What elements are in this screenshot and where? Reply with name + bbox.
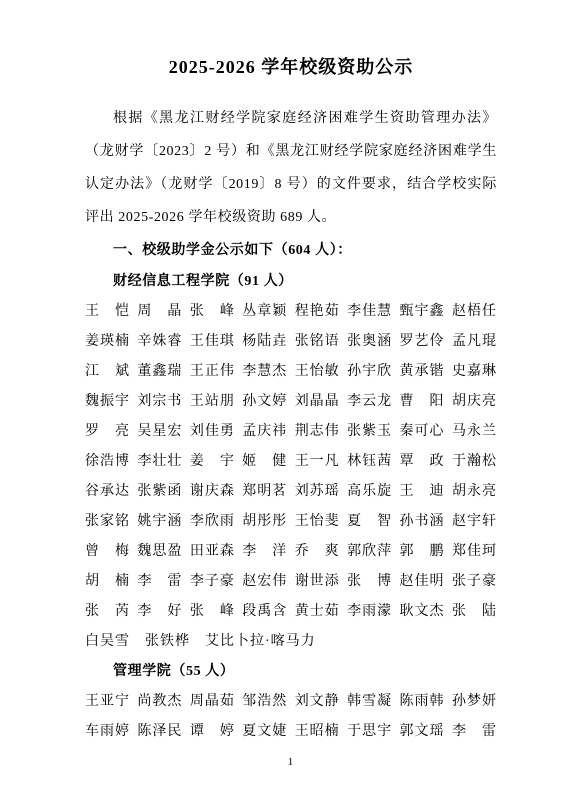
student-name: 王亚宁 [85, 687, 130, 717]
student-name: 谭 婷 [190, 717, 235, 747]
student-name: 魏思盈 [137, 537, 182, 567]
student-name: 吴星宏 [137, 417, 182, 447]
student-name: 林钰茜 [347, 447, 392, 477]
name-row: 徐浩博李壮壮姜 宇姬 健王一凡林钰茜覃 政于瀚松 [85, 447, 497, 477]
student-name: 李 洋 [242, 537, 287, 567]
student-name: 曹 阳 [400, 387, 445, 417]
student-name: 赵宏伟 [242, 567, 287, 597]
name-row: 江 斌董鑫瑞王正伟李慧杰王怡敏孙宇欣黄承锴史嘉琳 [85, 357, 497, 387]
student-name: 夏文婕 [242, 717, 287, 747]
student-name: 于瀚松 [452, 447, 497, 477]
student-name: 李佳慧 [347, 297, 392, 327]
student-name: 王佳琪 [190, 327, 235, 357]
name-row: 王亚宁尚教杰周晶茹邹浩然刘文静韩雪凝陈雨韩孙梦妍 [85, 687, 497, 717]
student-name: 陈泽民 [137, 717, 182, 747]
student-name: 姜 宇 [190, 447, 235, 477]
student-name: 罗艺伶 [400, 327, 445, 357]
student-name: 胡彤彤 [242, 507, 287, 537]
student-name: 王怡敏 [295, 357, 340, 387]
student-name: 姚宇涵 [137, 507, 182, 537]
student-name: 陈雨韩 [400, 687, 445, 717]
student-name: 王站朋 [190, 387, 235, 417]
student-name: 王正伟 [190, 357, 235, 387]
student-name: 白吴雪 [85, 627, 130, 657]
student-name: 王一凡 [295, 447, 340, 477]
student-name: 江 斌 [85, 357, 130, 387]
student-name: 姬 健 [242, 447, 287, 477]
student-name: 杨陆垚 [242, 327, 287, 357]
student-name: 覃 政 [400, 447, 445, 477]
student-name: 李慧杰 [242, 357, 287, 387]
student-name: 刘晶晶 [295, 387, 340, 417]
student-name: 张 博 [347, 567, 392, 597]
student-name: 张 陆 [452, 597, 497, 627]
student-name: 张 芮 [85, 597, 130, 627]
student-name: 刘文静 [295, 687, 340, 717]
student-name: 邹浩然 [242, 687, 287, 717]
student-name: 赵梧任 [452, 297, 497, 327]
student-name: 李 雷 [137, 567, 182, 597]
college-heading: 财经信息工程学院（91 人） [85, 267, 497, 297]
page-number: 1 [0, 756, 581, 768]
document-page: 2025-2026 学年校级资助公示 根据《黑龙江财经学院家庭经济困难学生资助管… [0, 0, 581, 810]
student-name: 黄承锴 [400, 357, 445, 387]
college-section: 管理学院（55 人）王亚宁尚教杰周晶茹邹浩然刘文静韩雪凝陈雨韩孙梦妍车雨婷陈泽民… [85, 657, 497, 747]
student-name: 丛章颖 [242, 297, 287, 327]
student-name: 胡永亮 [452, 477, 497, 507]
student-name: 夏 智 [347, 507, 392, 537]
student-name: 张铭语 [295, 327, 340, 357]
student-name: 徐浩博 [85, 447, 130, 477]
student-name: 于思宇 [347, 717, 392, 747]
student-name: 曾 梅 [85, 537, 130, 567]
name-row: 白吴雪张铁桦艾比卜拉·喀马力 [85, 627, 497, 657]
college-sections: 财经信息工程学院（91 人）王 恺周 晶张 峰丛章颖程艳茹李佳慧甄宇鑫赵梧任姜瑛… [85, 267, 497, 747]
student-name: 李子豪 [190, 567, 235, 597]
student-name: 孟庆祎 [242, 417, 287, 447]
student-name: 赵宇轩 [452, 507, 497, 537]
name-row: 姜瑛楠辛姝睿王佳琪杨陆垚张铭语张奥涵罗艺伶孟凡琨 [85, 327, 497, 357]
intro-paragraph: 根据《黑龙江财经学院家庭经济困难学生资助管理办法》（龙财学〔2023〕2 号）和… [85, 102, 497, 234]
name-row: 罗 亮吴星宏刘佳勇孟庆祎荆志伟张紫玉秦可心马永兰 [85, 417, 497, 447]
student-name: 张 峰 [190, 297, 235, 327]
student-name: 孙文婷 [242, 387, 287, 417]
student-name: 董鑫瑞 [137, 357, 182, 387]
student-name: 段禹含 [242, 597, 287, 627]
student-name: 王昭楠 [295, 717, 340, 747]
student-name: 郭文瑶 [400, 717, 445, 747]
student-name: 郑明茗 [242, 477, 287, 507]
student-name: 张紫函 [137, 477, 182, 507]
student-name: 尚教杰 [137, 687, 182, 717]
student-name: 胡 楠 [85, 567, 130, 597]
student-name: 马永兰 [452, 417, 497, 447]
student-name: 孙书涵 [400, 507, 445, 537]
student-name: 魏振宇 [85, 387, 130, 417]
student-name: 郭 鹏 [400, 537, 445, 567]
name-row: 胡 楠李 雷李子豪赵宏伟谢世添张 博赵佳明张子豪 [85, 567, 497, 597]
student-name: 孙梦妍 [452, 687, 497, 717]
student-name: 黄士茹 [295, 597, 340, 627]
student-name: 姜瑛楠 [85, 327, 130, 357]
student-name: 赵佳明 [400, 567, 445, 597]
student-name: 韩雪凝 [347, 687, 392, 717]
student-name: 郑佳珂 [452, 537, 497, 567]
student-name: 刘宗书 [137, 387, 182, 417]
name-row: 王 恺周 晶张 峰丛章颖程艳茹李佳慧甄宇鑫赵梧任 [85, 297, 497, 327]
student-name: 李 好 [137, 597, 182, 627]
student-name: 辛姝睿 [137, 327, 182, 357]
student-name: 史嘉琳 [452, 357, 497, 387]
document-title: 2025-2026 学年校级资助公示 [85, 52, 497, 82]
student-name: 孙宇欣 [347, 357, 392, 387]
student-name: 王 恺 [85, 297, 130, 327]
student-name: 乔 爽 [295, 537, 340, 567]
student-name: 李壮壮 [137, 447, 182, 477]
student-name: 郭欣萍 [347, 537, 392, 567]
student-name: 张紫玉 [347, 417, 392, 447]
section-heading: 一、校级助学金公示如下（604 人）： [85, 234, 497, 267]
name-row: 谷承达张紫函谢庆森郑明茗刘苏瑶高乐旋王 迪胡永亮 [85, 477, 497, 507]
student-name: 荆志伟 [295, 417, 340, 447]
student-name: 李雨濛 [347, 597, 392, 627]
student-name: 李云龙 [347, 387, 392, 417]
student-name: 秦可心 [400, 417, 445, 447]
student-name: 罗 亮 [85, 417, 130, 447]
name-row: 张 芮李 好张 峰段禹含黄士茹李雨濛耿文杰张 陆 [85, 597, 497, 627]
student-name: 高乐旋 [347, 477, 392, 507]
student-name: 孟凡琨 [452, 327, 497, 357]
name-row: 车雨婷陈泽民谭 婷夏文婕王昭楠于思宇郭文瑶李 雷 [85, 717, 497, 747]
student-name: 胡庆亮 [452, 387, 497, 417]
student-name: 刘佳勇 [190, 417, 235, 447]
name-row: 曾 梅魏思盈田亚森李 洋乔 爽郭欣萍郭 鹏郑佳珂 [85, 537, 497, 567]
college-heading: 管理学院（55 人） [85, 657, 497, 687]
student-name: 田亚森 [190, 537, 235, 567]
student-name: 王 迪 [400, 477, 445, 507]
name-row: 张家铭姚宇涵李欣雨胡彤彤王怡斐夏 智孙书涵赵宇轩 [85, 507, 497, 537]
student-name: 刘苏瑶 [295, 477, 340, 507]
student-name: 车雨婷 [85, 717, 130, 747]
name-row: 魏振宇刘宗书王站朋孙文婷刘晶晶李云龙曹 阳胡庆亮 [85, 387, 497, 417]
student-name: 耿文杰 [400, 597, 445, 627]
student-name: 谷承达 [85, 477, 130, 507]
student-name: 李欣雨 [190, 507, 235, 537]
student-name: 张 峰 [190, 597, 235, 627]
college-section: 财经信息工程学院（91 人）王 恺周 晶张 峰丛章颖程艳茹李佳慧甄宇鑫赵梧任姜瑛… [85, 267, 497, 657]
student-name: 周晶茹 [190, 687, 235, 717]
student-name: 周 晶 [137, 297, 182, 327]
student-name: 张奥涵 [347, 327, 392, 357]
student-name: 程艳茹 [295, 297, 340, 327]
student-name: 张铁桦 [145, 627, 190, 657]
student-name: 王怡斐 [295, 507, 340, 537]
student-name: 李 雷 [452, 717, 497, 747]
student-name: 谢世添 [295, 567, 340, 597]
student-name: 艾比卜拉·喀马力 [205, 627, 316, 657]
student-name: 甄宇鑫 [400, 297, 445, 327]
student-name: 谢庆森 [190, 477, 235, 507]
student-name: 张子豪 [452, 567, 497, 597]
student-name: 张家铭 [85, 507, 130, 537]
